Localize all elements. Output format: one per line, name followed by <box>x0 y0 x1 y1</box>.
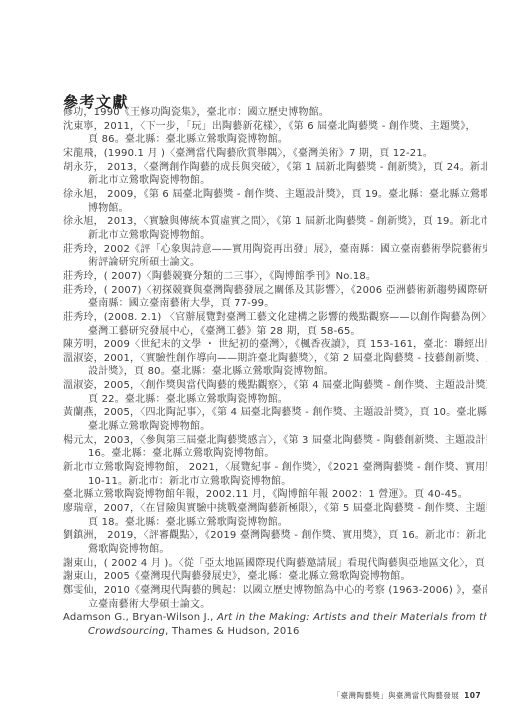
reference-entry: 溫淑姿，2005，〈創作獎與當代陶藝的幾點觀察〉，《第 4 屆臺北陶藝獎 - 創… <box>63 379 487 406</box>
footer-running-title: 「臺灣陶藝獎」與臺灣當代陶藝發展 <box>333 691 459 700</box>
reference-entry: 楊元太，2003，〈參與第三屆臺北陶藝獎感言〉，《第 3 屆臺北陶藝獎 - 陶藝… <box>63 434 487 461</box>
reference-entry: 黃蘭燕，2005，〈四北陶記事〉，《第 4 屆臺北陶藝獎 - 創作獎、主題設計獎… <box>63 406 487 433</box>
reference-entry: 莊秀玲，( 2007)〈陶藝競賽分類的二三事〉，《陶博館季刊》No.18。 <box>63 270 487 284</box>
reference-line: 臺灣工藝研究發展中心，《臺灣工藝》第 28 期，頁 58-65。 <box>63 325 487 339</box>
reference-line: 術評論研究所碩士論文。 <box>63 256 487 270</box>
reference-line: 陳芳明，2009〈世紀末的文學 ・ 世紀初的臺灣〉，《楓香夜讀》，頁 153-1… <box>63 338 487 352</box>
reference-line: 臺北縣立鶯歌陶瓷博物館。 <box>63 420 487 434</box>
reference-line: 謝東山，2005《臺灣現代陶藝發展史》，臺北縣：臺北縣立鶯歌陶瓷博物館。 <box>63 570 487 584</box>
reference-line: 新北市立鶯歌陶瓷博物館， 2021，〈展覽紀事 - 創作獎〉，《2021 臺灣陶… <box>63 461 487 475</box>
reference-line: 立臺南藝術大學碩士論文。 <box>63 598 487 612</box>
reference-entry: 廖瑞章，2007，〈在冒險與實驗中挑戰臺灣陶藝新極限〉，《第 5 屆臺北陶藝獎 … <box>63 502 487 529</box>
reference-line: 鶯歌陶瓷博物館。 <box>63 543 487 557</box>
document-page: 參考文獻 修功，1990《王修功陶瓷集》，臺北市：國立歷史博物館。沈東寧，201… <box>0 0 512 724</box>
reference-entry: 胡永芬， 2013，〈臺灣創作陶藝的成長與突破〉，《第 1 屆新北陶藝獎 - 創… <box>63 161 487 188</box>
page-footer: 「臺灣陶藝獎」與臺灣當代陶藝發展107 <box>333 690 481 701</box>
reference-entry: 謝東山，2005《臺灣現代陶藝發展史》，臺北縣：臺北縣立鶯歌陶瓷博物館。 <box>63 570 487 584</box>
reference-line: 鄭雯仙，2010《臺灣現代陶藝的興起：以國立歷史博物館為中心的考察 (1963-… <box>63 584 487 598</box>
reference-line: 新北市立鶯歌陶瓷博物館。 <box>63 229 487 243</box>
reference-entry: 陳芳明，2009〈世紀末的文學 ・ 世紀初的臺灣〉，《楓香夜讀》，頁 153-1… <box>63 338 487 352</box>
reference-line: 楊元太，2003，〈參與第三屆臺北陶藝獎感言〉，《第 3 屆臺北陶藝獎 - 陶藝… <box>63 434 487 448</box>
reference-entry: 修功，1990《王修功陶瓷集》，臺北市：國立歷史博物館。 <box>63 106 487 120</box>
reference-line: 博物館。 <box>63 202 487 216</box>
reference-list: 修功，1990《王修功陶瓷集》，臺北市：國立歷史博物館。沈東寧，2011，〈下一… <box>63 106 487 639</box>
reference-line: 廖瑞章，2007，〈在冒險與實驗中挑戰臺灣陶藝新極限〉，《第 5 屆臺北陶藝獎 … <box>63 502 487 516</box>
reference-line: 頁 18。臺北縣：臺北縣立鶯歌陶瓷博物館。 <box>63 516 487 530</box>
reference-line: 16。臺北縣：臺北縣立鶯歌陶瓷博物館。 <box>63 447 487 461</box>
reference-entry: 臺北縣立鶯歌陶瓷博物館年報，2002.11 月，《陶博館年報 2002：1 營運… <box>63 488 487 502</box>
reference-entry: 溫淑姿，2001，〈實驗性創作導向——期許臺北陶藝獎〉，《第 2 屆臺北陶藝獎 … <box>63 352 487 379</box>
reference-entry: 鄭雯仙，2010《臺灣現代陶藝的興起：以國立歷史博物館為中心的考察 (1963-… <box>63 584 487 611</box>
reference-line: 黃蘭燕，2005，〈四北陶記事〉，《第 4 屆臺北陶藝獎 - 創作獎、主題設計獎… <box>63 406 487 420</box>
reference-line: 沈東寧，2011，〈下一步，「玩」出陶藝新花樣〉，《第 6 屆臺北陶藝獎 - 創… <box>63 120 487 134</box>
page-number: 107 <box>464 691 481 700</box>
reference-line: 宋龍飛，(1990.1 月 )〈臺灣當代陶藝欣賞舉隅〉，《臺灣美術》7 期，頁 … <box>63 147 487 161</box>
reference-line: 莊秀玲，( 2007)〈初探競賽與臺灣陶藝發展之關係及其影響〉，《2006 亞洲… <box>63 284 487 298</box>
reference-line: 10-11。新北市：新北市立鶯歌陶瓷博物館。 <box>63 475 487 489</box>
reference-line: 溫淑姿，2001，〈實驗性創作導向——期許臺北陶藝獎〉，《第 2 屆臺北陶藝獎 … <box>63 352 487 366</box>
reference-entry: 莊秀玲，( 2007)〈初探競賽與臺灣陶藝發展之關係及其影響〉，《2006 亞洲… <box>63 284 487 311</box>
reference-line: 徐永旭， 2009，《第 6 屆臺北陶藝獎 - 創作獎、主題設計獎》，頁 19。… <box>63 188 487 202</box>
reference-entry: 莊秀玲，(2008. 2.1) 〈官辦展覽對臺灣工藝文化建構之影響的幾點觀察——… <box>63 311 487 338</box>
reference-entry: 劉鎮洲， 2019，〈評審觀點〉，《2019 臺灣陶藝獎 - 創作獎、實用獎》，… <box>63 529 487 556</box>
reference-entry: 徐永旭， 2013，〈實驗與傳統本質虛實之間〉，《第 1 屆新北陶藝獎 - 創新… <box>63 215 487 242</box>
reference-line: 頁 86。臺北縣：臺北縣立鶯歌陶瓷博物館。 <box>63 133 487 147</box>
reference-line: 莊秀玲，( 2007)〈陶藝競賽分類的二三事〉，《陶博館季刊》No.18。 <box>63 270 487 284</box>
reference-entry: 新北市立鶯歌陶瓷博物館， 2021，〈展覽紀事 - 創作獎〉，《2021 臺灣陶… <box>63 461 487 488</box>
reference-line: Crowdsourcing, Thames & Hudson, 2016 <box>63 625 487 639</box>
reference-entry: Adamson G., Bryan-Wilson J., Art in the … <box>63 611 487 638</box>
reference-entry: 宋龍飛，(1990.1 月 )〈臺灣當代陶藝欣賞舉隅〉，《臺灣美術》7 期，頁 … <box>63 147 487 161</box>
reference-line: 修功，1990《王修功陶瓷集》，臺北市：國立歷史博物館。 <box>63 106 487 120</box>
reference-entry: 莊秀玲，2002《評「心象與詩意——實用陶瓷再出發」展》，臺南縣：國立臺南藝術學… <box>63 243 487 270</box>
reference-line: 謝東山，( 2002 4 月 )。〈從「亞太地區國際現代陶藝邀請展」看現代陶藝與… <box>63 557 487 571</box>
reference-line: 溫淑姿，2005，〈創作獎與當代陶藝的幾點觀察〉，《第 4 屆臺北陶藝獎 - 創… <box>63 379 487 393</box>
reference-line: 臺南縣：國立臺南藝術大學，頁 77-99。 <box>63 297 487 311</box>
reference-line: 新北市立鶯歌陶瓷博物館。 <box>63 174 487 188</box>
reference-line: 莊秀玲，(2008. 2.1) 〈官辦展覽對臺灣工藝文化建構之影響的幾點觀察——… <box>63 311 487 325</box>
reference-entry: 徐永旭， 2009，《第 6 屆臺北陶藝獎 - 創作獎、主題設計獎》，頁 19。… <box>63 188 487 215</box>
reference-line: 設計獎》，頁 80。臺北縣：臺北縣立鶯歌陶瓷博物館。 <box>63 365 487 379</box>
reference-entry: 謝東山，( 2002 4 月 )。〈從「亞太地區國際現代陶藝邀請展」看現代陶藝與… <box>63 557 487 571</box>
reference-line: 徐永旭， 2013，〈實驗與傳統本質虛實之間〉，《第 1 屆新北陶藝獎 - 創新… <box>63 215 487 229</box>
reference-line: 劉鎮洲， 2019，〈評審觀點〉，《2019 臺灣陶藝獎 - 創作獎、實用獎》，… <box>63 529 487 543</box>
reference-line: 頁 22。臺北縣：臺北縣立鶯歌陶瓷博物館。 <box>63 393 487 407</box>
reference-entry: 沈東寧，2011，〈下一步，「玩」出陶藝新花樣〉，《第 6 屆臺北陶藝獎 - 創… <box>63 120 487 147</box>
reference-line: 臺北縣立鶯歌陶瓷博物館年報，2002.11 月，《陶博館年報 2002：1 營運… <box>63 488 487 502</box>
reference-line: 莊秀玲，2002《評「心象與詩意——實用陶瓷再出發」展》，臺南縣：國立臺南藝術學… <box>63 243 487 257</box>
reference-line: Adamson G., Bryan-Wilson J., Art in the … <box>63 611 487 625</box>
reference-line: 胡永芬， 2013，〈臺灣創作陶藝的成長與突破〉，《第 1 屆新北陶藝獎 - 創… <box>63 161 487 175</box>
